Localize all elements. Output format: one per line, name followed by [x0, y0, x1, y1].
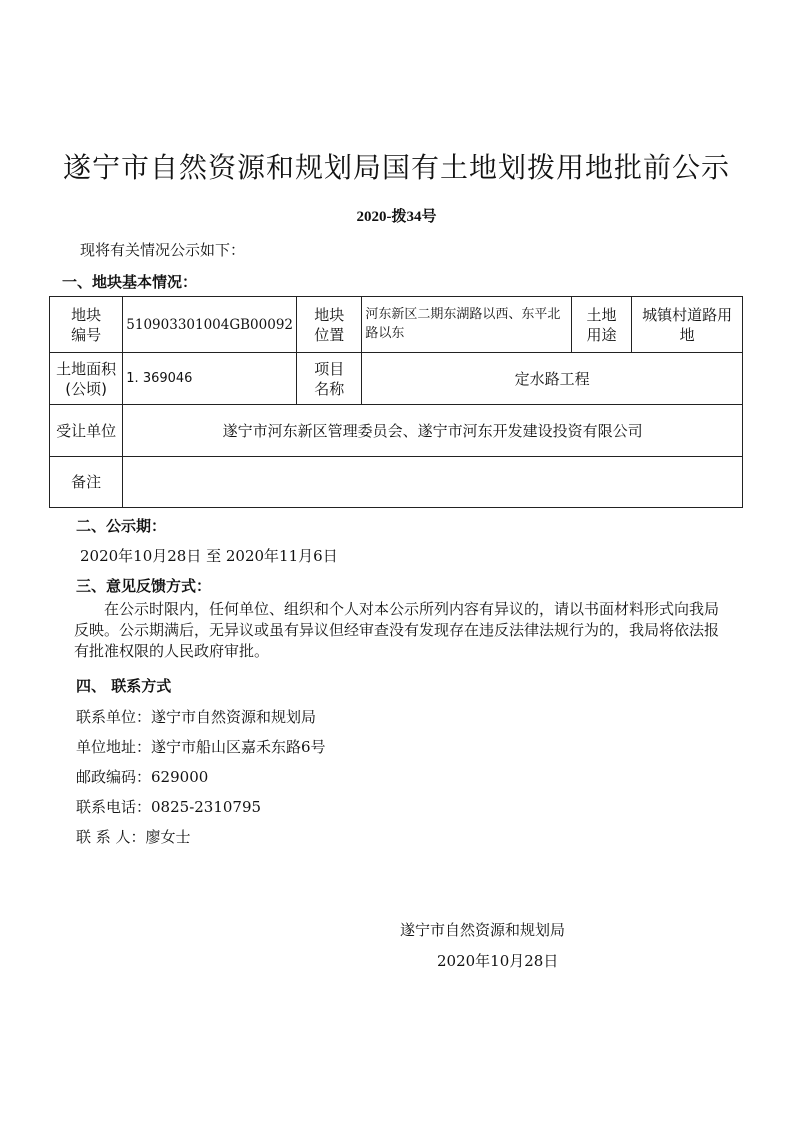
label-line: 编号: [53, 325, 119, 345]
document-title: 遂宁市自然资源和规划局国有土地划拨用地批前公示: [0, 146, 793, 186]
contact-item: 联 系 人：廖女士: [76, 826, 191, 847]
area-label: 土地面积 (公顷): [50, 353, 123, 405]
remarks-value: [123, 457, 743, 508]
label-line: 位置: [300, 325, 358, 345]
contact-item: 联系电话：0825-2310795: [76, 796, 261, 817]
contact-label: 联系单位：: [76, 708, 151, 726]
signature-organization: 遂宁市自然资源和规划局: [400, 919, 565, 940]
contact-label: 联 系 人：: [76, 828, 146, 846]
contact-value: 遂宁市自然资源和规划局: [151, 708, 316, 726]
table-row: 土地面积 (公顷) 1. 369046 项目 名称 定水路工程: [50, 353, 743, 405]
contact-value: 廖女士: [146, 828, 191, 846]
feedback-paragraph: 在公示时限内，任何单位、组织和个人对本公示所列内容有异议的，请以书面材料形式向我…: [74, 599, 724, 662]
section3-heading: 三、意见反馈方式：: [76, 575, 211, 596]
signature-date: 2020年10月28日: [437, 950, 558, 971]
section2-heading: 二、公示期：: [76, 515, 166, 536]
section1-heading: 一、地块基本情况：: [62, 271, 197, 292]
location-label: 地块 位置: [297, 297, 362, 353]
table-row: 受让单位 遂宁市河东新区管理委员会、遂宁市河东开发建设投资有限公司: [50, 405, 743, 457]
document-number: 2020-拨34号: [0, 205, 793, 226]
label-line: 土地面积: [53, 359, 119, 379]
contact-value: 0825-2310795: [151, 798, 261, 816]
land-use-label: 土地 用途: [571, 297, 632, 353]
contact-item: 邮政编码：629000: [76, 766, 208, 787]
parcel-no-label: 地块 编号: [50, 297, 123, 353]
parcel-info-table: 地块 编号 510903301004GB00092 地块 位置 河东新区二期东湖…: [49, 296, 743, 508]
label-line: 项目: [300, 359, 358, 379]
parcel-no-value: 510903301004GB00092: [123, 297, 297, 353]
contact-label: 单位地址：: [76, 738, 151, 756]
label-line: 地块: [300, 305, 358, 325]
project-name-value: 定水路工程: [362, 353, 743, 405]
grantee-label: 受让单位: [50, 405, 123, 457]
contact-item: 联系单位：遂宁市自然资源和规划局: [76, 706, 316, 727]
contact-label: 联系电话：: [76, 798, 151, 816]
contact-label: 邮政编码：: [76, 768, 151, 786]
remarks-label: 备注: [50, 457, 123, 508]
project-name-label: 项目 名称: [297, 353, 362, 405]
publicity-period: 2020年10月28日 至 2020年11月6日: [80, 545, 338, 566]
contact-value: 遂宁市船山区嘉禾东路6号: [151, 738, 326, 756]
location-value: 河东新区二期东湖路以西、东平北路以东: [362, 297, 571, 353]
table-row: 地块 编号 510903301004GB00092 地块 位置 河东新区二期东湖…: [50, 297, 743, 353]
grantee-value: 遂宁市河东新区管理委员会、遂宁市河东开发建设投资有限公司: [123, 405, 743, 457]
section4-heading: 四、 联系方式: [76, 675, 171, 696]
area-value: 1. 369046: [123, 353, 297, 405]
label-line: 用途: [575, 325, 629, 345]
land-use-value: 城镇村道路用地: [632, 297, 743, 353]
label-line: 名称: [300, 379, 358, 399]
table-row: 备注: [50, 457, 743, 508]
label-line: 地块: [53, 305, 119, 325]
label-line: 土地: [575, 305, 629, 325]
contact-item: 单位地址：遂宁市船山区嘉禾东路6号: [76, 736, 326, 757]
intro-text: 现将有关情况公示如下：: [80, 239, 245, 260]
contact-value: 629000: [151, 768, 208, 786]
label-line: (公顷): [53, 379, 119, 399]
